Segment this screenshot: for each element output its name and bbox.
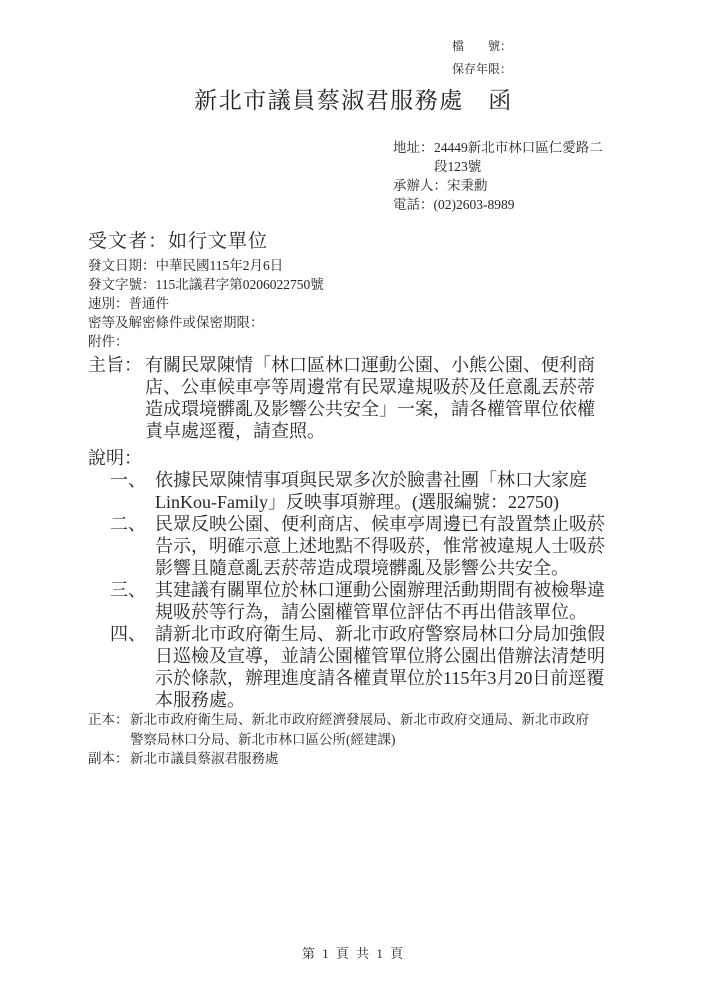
contact-value: 宋秉勳 — [447, 176, 488, 195]
copies-block: 正本： 新北市政府衛生局、新北市政府經濟發展局、新北市政府交通局、新北市政府 警… — [88, 710, 589, 769]
sender-contact-row: 承辦人： 宋秉勳 — [393, 176, 603, 195]
original-recipients-row: 正本： 新北市政府衛生局、新北市政府經濟發展局、新北市政府交通局、新北市政府 警… — [88, 710, 589, 749]
item-text: 其建議有關單位於林口運動公園辦理活動期間有被檢舉違 規吸菸等行為，請公園權管單位… — [155, 579, 605, 623]
item-text: 請新北市政府衛生局、新北市政府警察局林口分局加強假 日巡檢及宣導，並請公園權管單… — [155, 623, 605, 711]
meta-line-attachment: 附件： — [88, 332, 324, 351]
meta-line-security: 密等及解密條件或保密期限： — [88, 313, 324, 332]
subject-section: 主旨： 有關民眾陳情「林口區林口運動公園、小熊公園、便利商 店、公車候車亭等周邊… — [88, 354, 595, 442]
sender-address-row: 地址： 24449新北市林口區仁愛路二 段123號 — [393, 138, 603, 176]
original-recipients: 新北市政府衛生局、新北市政府經濟發展局、新北市政府交通局、新北市政府 警察局林口… — [130, 710, 589, 749]
contact-label: 承辦人： — [393, 176, 447, 195]
recipient-line: 受文者：如行文單位 — [88, 226, 268, 253]
explanation-label: 說明： — [88, 447, 648, 469]
subject-label: 主旨： — [88, 354, 145, 442]
explanation-item-4: 四、 請新北市政府衛生局、新北市政府警察局林口分局加強假 日巡檢及宣導，並請公園… — [110, 623, 648, 711]
sender-phone-row: 電話： (02)2603-8989 — [393, 195, 603, 214]
subject-text: 有關民眾陳情「林口區林口運動公園、小熊公園、便利商 店、公車候車亭等周邊常有民眾… — [145, 354, 595, 442]
item-number: 一、 — [110, 469, 155, 513]
meta-line-doc-number: 發文字號：115北議君字第0206022750號 — [88, 275, 324, 294]
explanation-item-3: 三、 其建議有關單位於林口運動公園辦理活動期間有被檢舉違 規吸菸等行為，請公園權… — [110, 579, 648, 623]
address-value: 24449新北市林口區仁愛路二 段123號 — [434, 138, 603, 176]
item-text: 民眾反映公園、便利商店、候車亭周邊已有設置禁止吸菸 告示，明確示意上述地點不得吸… — [155, 513, 605, 579]
item-number: 二、 — [110, 513, 155, 579]
explanation-section: 說明： 一、 依據民眾陳情事項與民眾多次於臉書社團「林口大家庭 LinKou-F… — [88, 447, 648, 711]
document-title: 新北市議員蔡淑君服務處 函 — [0, 82, 707, 115]
address-label: 地址： — [393, 138, 434, 176]
sender-info-block: 地址： 24449新北市林口區仁愛路二 段123號 承辦人： 宋秉勳 電話： (… — [393, 138, 603, 214]
page-number-footer: 第 1 頁 共 1 頁 — [0, 943, 707, 962]
phone-label: 電話： — [393, 195, 434, 214]
archival-stamp-block: 檔 號： 保存年限： — [452, 40, 512, 86]
cc-label: 副本： — [88, 749, 130, 769]
retention-period-label: 保存年限： — [452, 63, 512, 75]
file-number-label: 檔 號： — [452, 40, 512, 52]
original-label: 正本： — [88, 710, 130, 749]
cc-recipients-row: 副本： 新北市議員蔡淑君服務處 — [88, 749, 589, 769]
document-meta-block: 發文日期：中華民國115年2月6日 發文字號：115北議君字第020602275… — [88, 256, 324, 351]
meta-line-priority: 速別：普通件 — [88, 294, 324, 313]
phone-value: (02)2603-8989 — [434, 195, 515, 214]
recipient-value: 如行文單位 — [168, 231, 268, 252]
item-number: 四、 — [110, 623, 155, 711]
meta-line-issue-date: 發文日期：中華民國115年2月6日 — [88, 256, 324, 275]
explanation-item-2: 二、 民眾反映公園、便利商店、候車亭周邊已有設置禁止吸菸 告示，明確示意上述地點… — [110, 513, 648, 579]
item-number: 三、 — [110, 579, 155, 623]
official-letter-page: 檔 號： 保存年限： 新北市議員蔡淑君服務處 函 地址： 24449新北市林口區… — [0, 0, 707, 1000]
explanation-items: 一、 依據民眾陳情事項與民眾多次於臉書社團「林口大家庭 LinKou-Famil… — [110, 469, 648, 711]
recipient-label: 受文者： — [88, 231, 168, 252]
explanation-item-1: 一、 依據民眾陳情事項與民眾多次於臉書社團「林口大家庭 LinKou-Famil… — [110, 469, 648, 513]
cc-recipients: 新北市議員蔡淑君服務處 — [130, 749, 279, 769]
item-text: 依據民眾陳情事項與民眾多次於臉書社團「林口大家庭 LinKou-Family」反… — [155, 469, 587, 513]
